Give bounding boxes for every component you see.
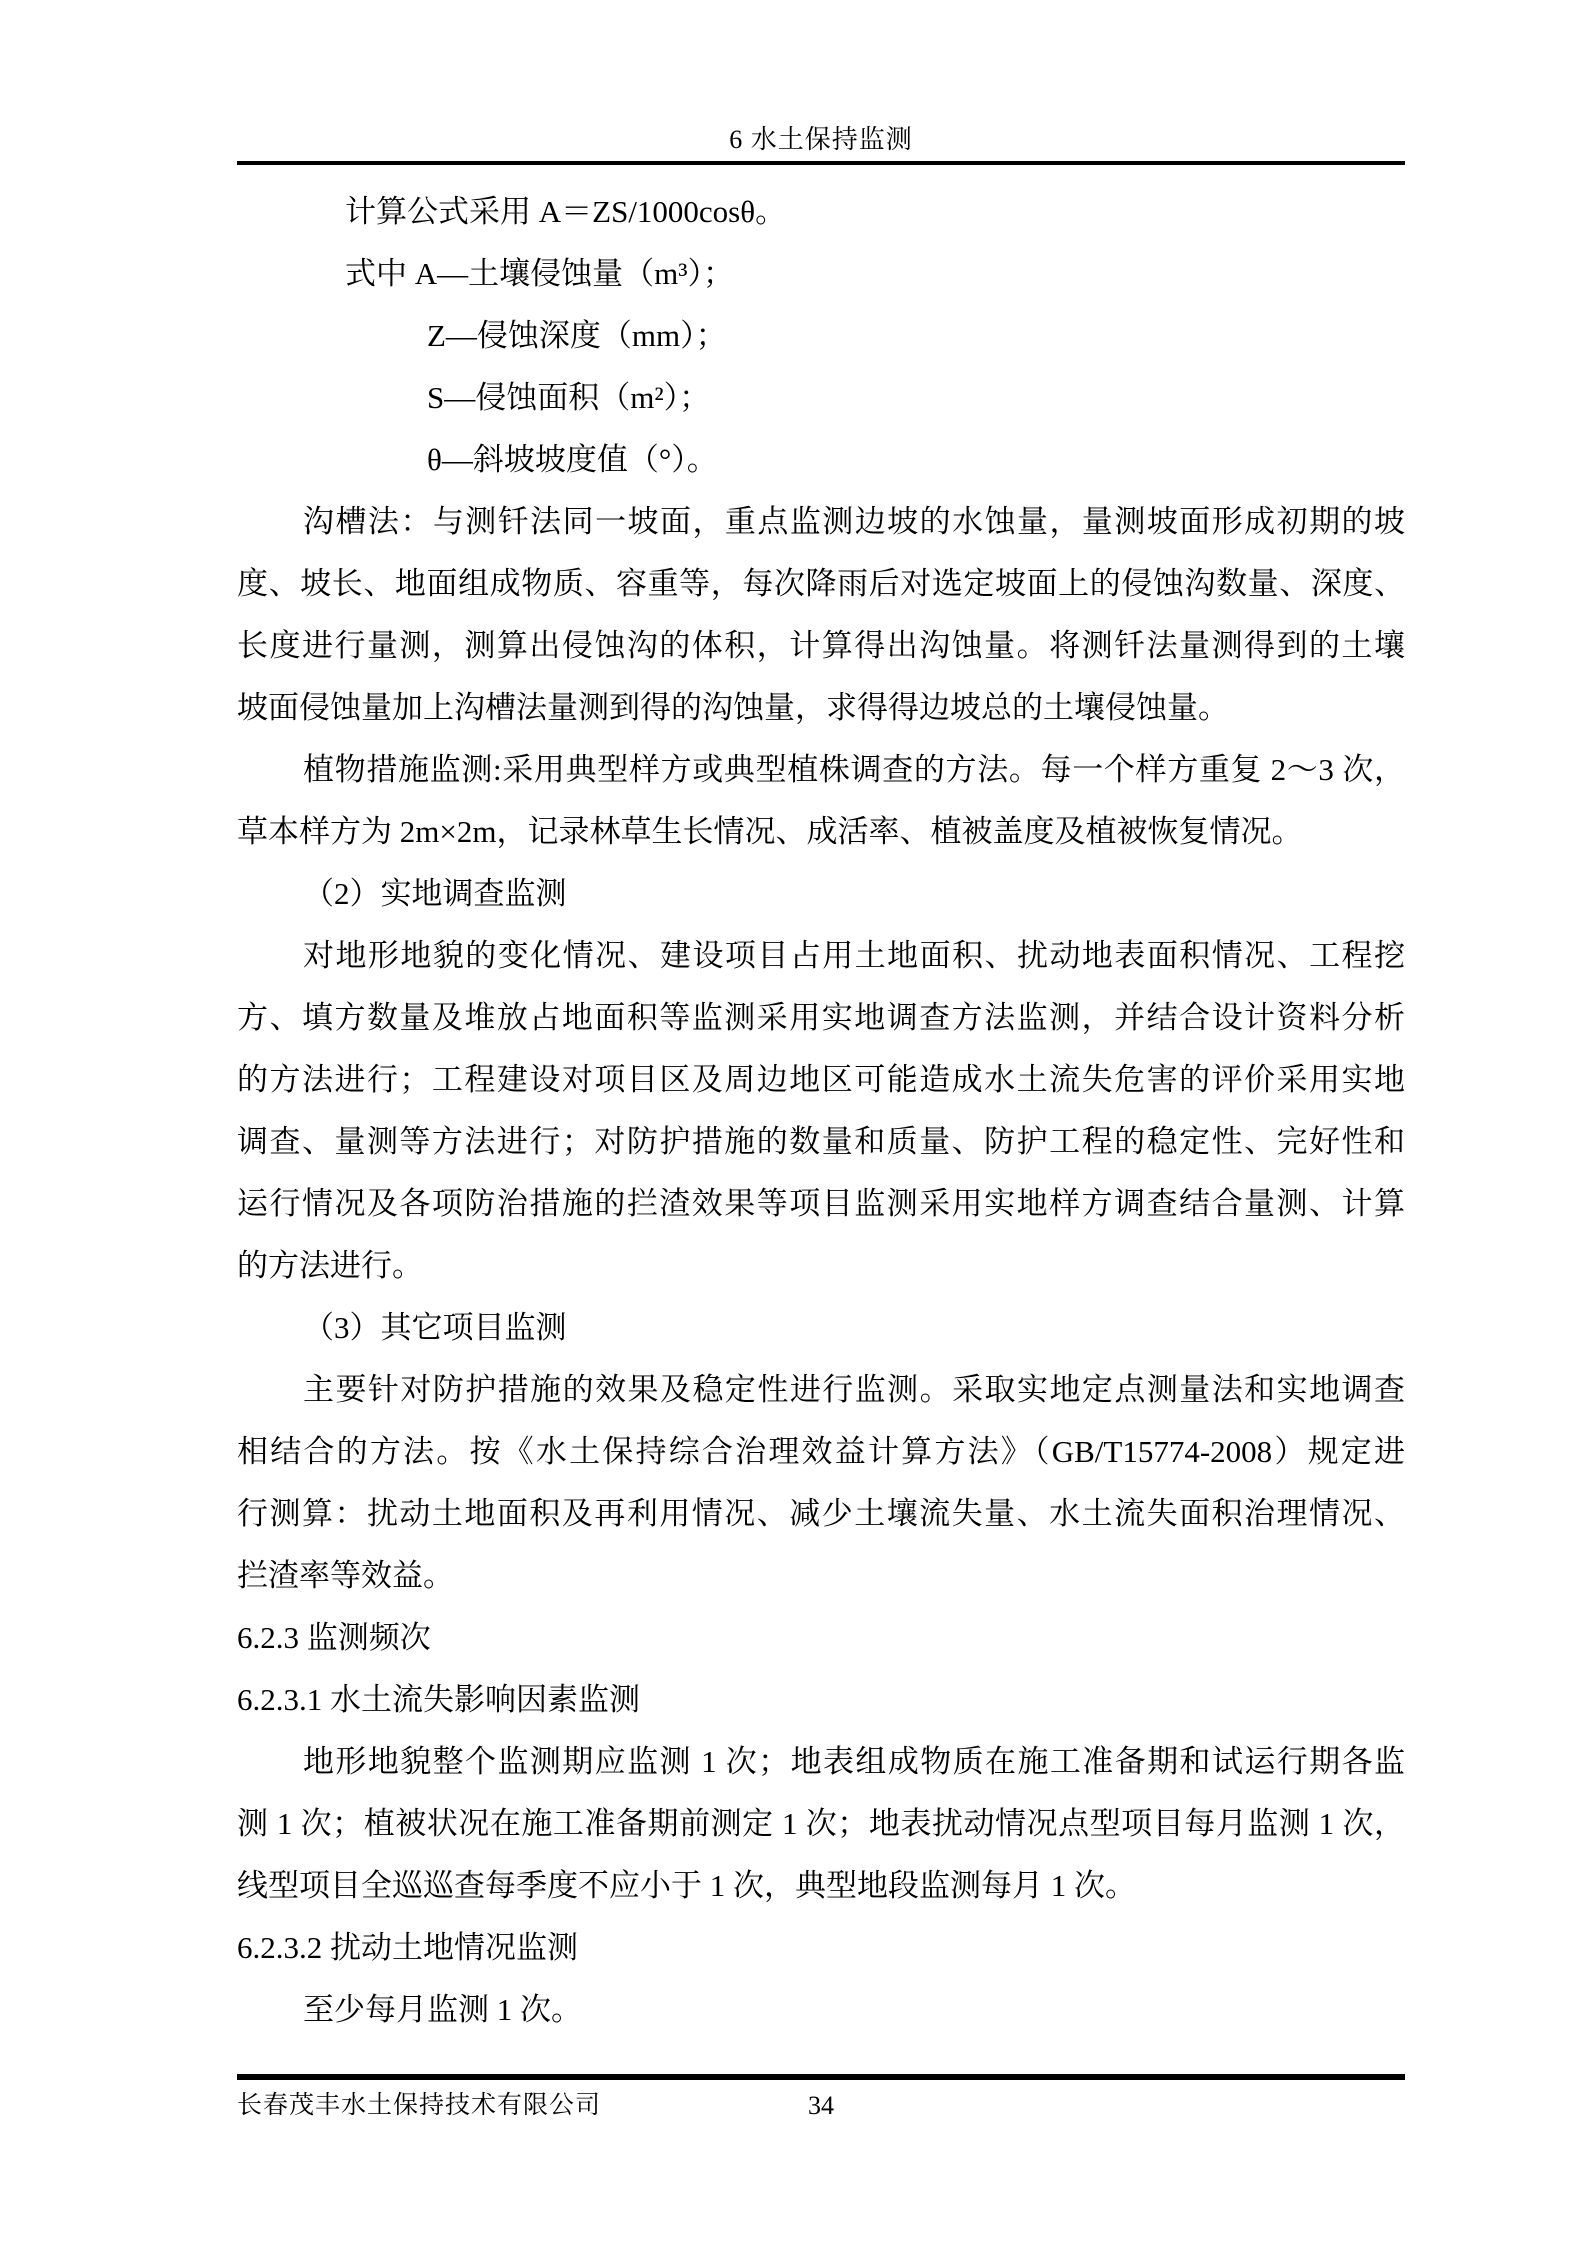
text-line: θ—斜坡坡度值（°）。 [237,429,1405,491]
text-line: 相结合的方法。按《水土保持综合治理效益计算方法》（GB/T15774-2008）… [237,1421,1405,1483]
text-line: 线型项目全巡巡查每季度不应小于 1 次，典型地段监测每月 1 次。 [237,1855,1405,1917]
text-line: S—侵蚀面积（m²）； [237,367,1405,429]
text-line: 地形地貌整个监测期应监测 1 次；地表组成物质在施工准备期和试运行期各监 [237,1731,1405,1793]
footer-rule [237,2074,1405,2080]
text-line: 草本样方为 2m×2m，记录林草生长情况、成活率、植被盖度及植被恢复情况。 [237,801,1405,863]
text-line: 至少每月监测 1 次。 [237,1979,1405,2041]
text-line: 运行情况及各项防治措施的拦渣效果等项目监测采用实地样方调查结合量测、计算 [237,1173,1405,1235]
text-line: 主要针对防护措施的效果及稳定性进行监测。采取实地定点测量法和实地调查 [237,1359,1405,1421]
text-line: 度、坡长、地面组成物质、容重等，每次降雨后对选定坡面上的侵蚀沟数量、深度、 [237,553,1405,615]
text-line: 植物措施监测:采用典型样方或典型植株调查的方法。每一个样方重复 2～3 次， [237,739,1405,801]
document-page: 6 水土保持监测 计算公式采用 A＝ZS/1000cosθ。式中 A—土壤侵蚀量… [0,0,1587,2245]
text-line: 的方法进行。 [237,1235,1405,1297]
text-line: 6.2.3.1 水土流失影响因素监测 [237,1669,1405,1731]
text-line: 长度进行量测，测算出侵蚀沟的体积，计算得出沟蚀量。将测钎法量测得到的土壤 [237,615,1405,677]
text-line: 计算公式采用 A＝ZS/1000cosθ。 [237,181,1405,243]
text-line: 坡面侵蚀量加上沟槽法量测到得的沟蚀量，求得得边坡总的土壤侵蚀量。 [237,677,1405,739]
text-line: 6.2.3.2 扰动土地情况监测 [237,1917,1405,1979]
text-line: （3）其它项目监测 [237,1297,1405,1359]
text-line: （2）实地调查监测 [237,863,1405,925]
text-line: 测 1 次；植被状况在施工准备期前测定 1 次；地表扰动情况点型项目每月监测 1… [237,1793,1405,1855]
text-line: 方、填方数量及堆放占地面积等监测采用实地调查方法监测，并结合设计资料分析 [237,987,1405,1049]
header-rule [237,161,1405,165]
page-header-title: 6 水土保持监测 [237,122,1405,158]
text-line: 行测算：扰动土地面积及再利用情况、减少土壤流失量、水土流失面积治理情况、 [237,1483,1405,1545]
text-line: 的方法进行；工程建设对项目区及周边地区可能造成水土流失危害的评价采用实地 [237,1049,1405,1111]
text-line: 对地形地貌的变化情况、建设项目占用土地面积、扰动地表面积情况、工程挖 [237,925,1405,987]
document-body: 计算公式采用 A＝ZS/1000cosθ。式中 A—土壤侵蚀量（m³）；Z—侵蚀… [237,181,1405,2041]
text-line: Z—侵蚀深度（mm）； [237,305,1405,367]
text-line: 调查、量测等方法进行；对防护措施的数量和质量、防护工程的稳定性、完好性和 [237,1111,1405,1173]
text-line: 沟槽法：与测钎法同一坡面，重点监测边坡的水蚀量，量测坡面形成初期的坡 [237,491,1405,553]
footer-company: 长春茂丰水土保持技术有限公司 [237,2089,601,2123]
text-line: 6.2.3 监测频次 [237,1607,1405,1669]
text-line: 拦渣率等效益。 [237,1545,1405,1607]
text-line: 式中 A—土壤侵蚀量（m³）； [237,243,1405,305]
